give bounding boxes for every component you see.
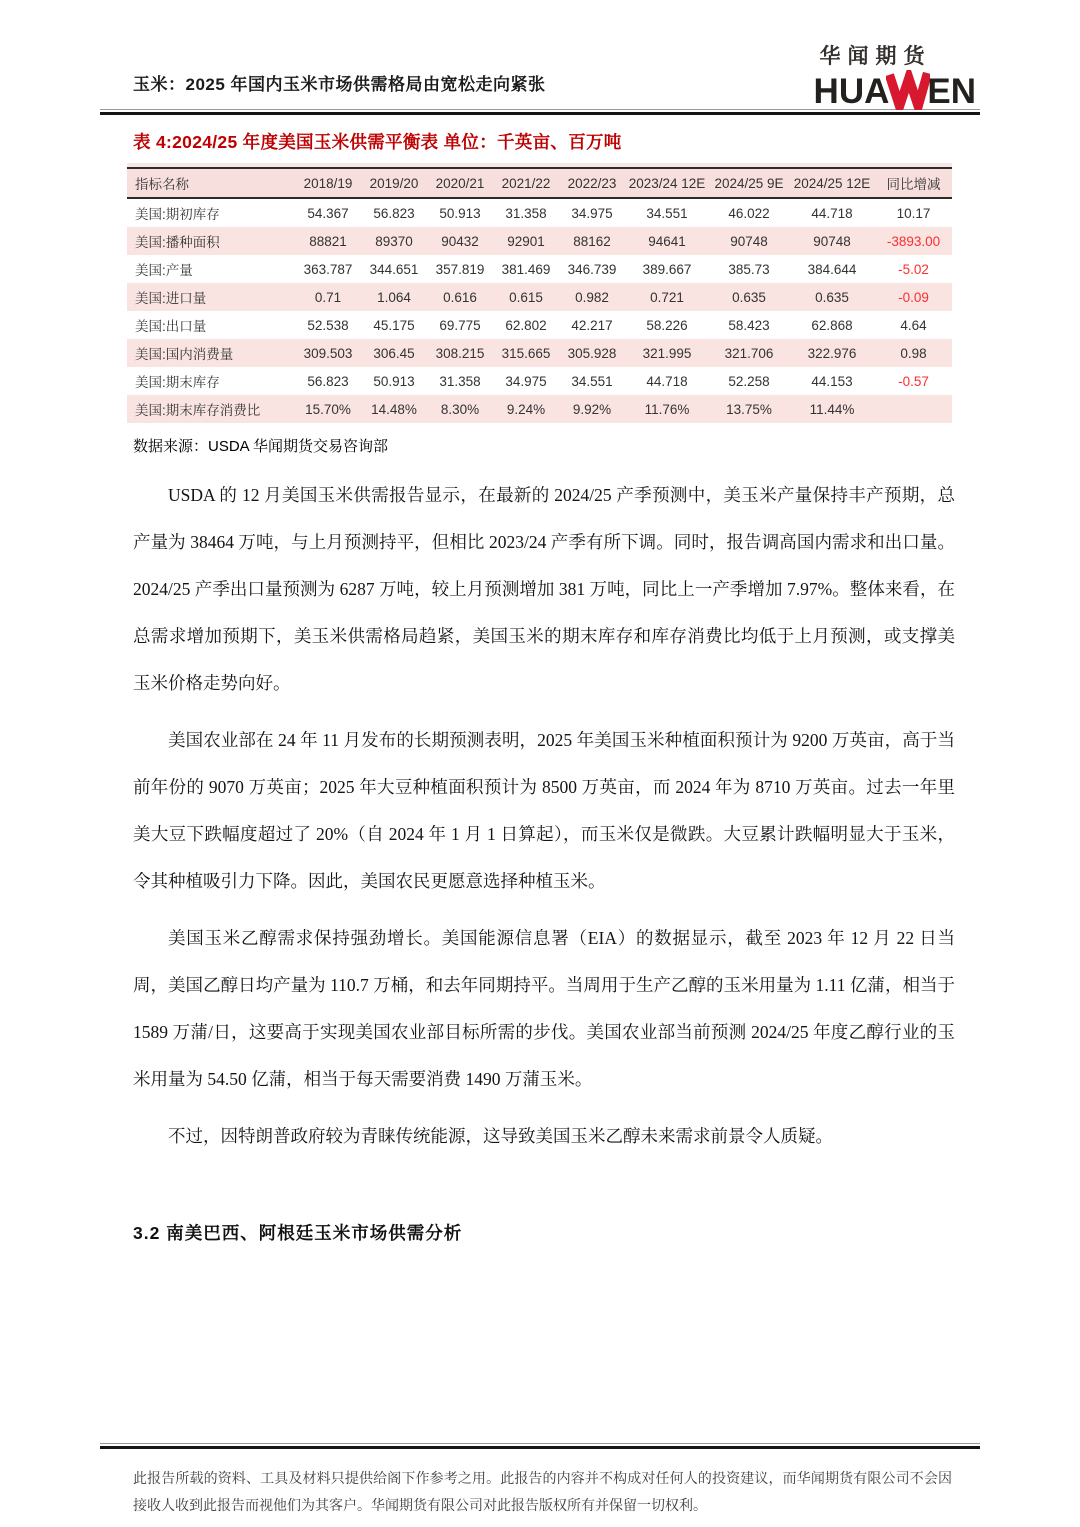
body-paragraph: 不过，因特朗普政府较为青睐传统能源，这导致美国玉米乙醇未来需求前景令人质疑。 xyxy=(133,1113,955,1160)
column-header: 2024/25 12E xyxy=(789,168,875,198)
body-text: USDA 的 12 月美国玉米供需报告显示，在最新的 2024/25 产季预测中… xyxy=(133,472,955,1160)
table-cell: 45.175 xyxy=(361,311,427,339)
body-paragraph: 美国农业部在 24 年 11 月发布的长期预测表明，2025 年美国玉米种植面积… xyxy=(133,717,955,905)
column-header: 2023/24 12E xyxy=(625,168,709,198)
table-cell: 92901 xyxy=(493,227,559,255)
table-cell: 88162 xyxy=(559,227,625,255)
row-label: 美国:国内消费量 xyxy=(127,339,295,367)
table-cell: 0.721 xyxy=(625,283,709,311)
table-row: 美国:期末库存消费比15.70%14.48%8.30%9.24%9.92%11.… xyxy=(127,395,952,423)
table-cell: 90748 xyxy=(709,227,789,255)
row-label: 美国:出口量 xyxy=(127,311,295,339)
column-header: 同比增减 xyxy=(875,168,952,198)
logo-en-prefix: HUA xyxy=(814,75,890,109)
table-cell: 305.928 xyxy=(559,339,625,367)
footer-rule xyxy=(100,1443,980,1449)
logo-chinese-text: 华闻期货 xyxy=(820,40,932,70)
table-row: 美国:期初库存54.36756.82350.91331.35834.97534.… xyxy=(127,198,952,227)
table-cell: 306.45 xyxy=(361,339,427,367)
column-header: 指标名称 xyxy=(127,168,295,198)
table-cell xyxy=(875,395,952,423)
table-row: 美国:播种面积888218937090432929018816294641907… xyxy=(127,227,952,255)
row-label: 美国:期初库存 xyxy=(127,198,295,227)
table-cell: 58.423 xyxy=(709,311,789,339)
table-cell: 52.258 xyxy=(709,367,789,395)
table-row: 美国:国内消费量309.503306.45308.215315.665305.9… xyxy=(127,339,952,367)
table-cell: -3893.00 xyxy=(875,227,952,255)
column-header: 2024/25 9E xyxy=(709,168,789,198)
column-header: 2018/19 xyxy=(295,168,361,198)
column-header: 2022/23 xyxy=(559,168,625,198)
table-cell: 94641 xyxy=(625,227,709,255)
table-cell: 321.995 xyxy=(625,339,709,367)
table-row: 美国:出口量52.53845.17569.77562.80242.21758.2… xyxy=(127,311,952,339)
table-cell: 0.71 xyxy=(295,283,361,311)
table-cell: 9.92% xyxy=(559,395,625,423)
table-cell: 44.718 xyxy=(789,198,875,227)
table-cell: 315.665 xyxy=(493,339,559,367)
table-cell: 309.503 xyxy=(295,339,361,367)
table-cell: 308.215 xyxy=(427,339,493,367)
body-paragraph: 美国玉米乙醇需求保持强劲增长。美国能源信息署（EIA）的数据显示，截至 2023… xyxy=(133,915,955,1103)
table-cell: 89370 xyxy=(361,227,427,255)
table-cell: 34.975 xyxy=(559,198,625,227)
table-cell: 44.718 xyxy=(625,367,709,395)
table-cell: 0.615 xyxy=(493,283,559,311)
table-cell: 31.358 xyxy=(493,198,559,227)
table-cell: 90748 xyxy=(789,227,875,255)
column-header: 2021/22 xyxy=(493,168,559,198)
table-cell: -0.57 xyxy=(875,367,952,395)
disclaimer-text: 此报告所载的资料、工具及材料只提供给阁下作参考之用。此报告的内容并不构成对任何人… xyxy=(100,1465,980,1519)
page-footer: 此报告所载的资料、工具及材料只提供给阁下作参考之用。此报告的内容并不构成对任何人… xyxy=(100,1443,980,1519)
column-header: 2019/20 xyxy=(361,168,427,198)
table-cell: 11.44% xyxy=(789,395,875,423)
table-row: 美国:产量363.787344.651357.819381.469346.739… xyxy=(127,255,952,283)
table-cell: 0.635 xyxy=(789,283,875,311)
table-cell: 88821 xyxy=(295,227,361,255)
table-cell: 321.706 xyxy=(709,339,789,367)
table-cell: 50.913 xyxy=(427,198,493,227)
row-label: 美国:期末库存 xyxy=(127,367,295,395)
table-cell: 4.64 xyxy=(875,311,952,339)
table-cell: 385.73 xyxy=(709,255,789,283)
table-cell: 34.551 xyxy=(625,198,709,227)
table-cell: 14.48% xyxy=(361,395,427,423)
table-cell: 10.17 xyxy=(875,198,952,227)
table-cell: 46.022 xyxy=(709,198,789,227)
table-cell: 0.616 xyxy=(427,283,493,311)
table-cell: 9.24% xyxy=(493,395,559,423)
table-cell: 0.982 xyxy=(559,283,625,311)
row-label: 美国:进口量 xyxy=(127,283,295,311)
logo-latin-text: HUA EN xyxy=(814,70,976,109)
logo-w-icon xyxy=(886,70,930,110)
table-cell: 8.30% xyxy=(427,395,493,423)
table-cell: 0.98 xyxy=(875,339,952,367)
table-cell: 90432 xyxy=(427,227,493,255)
table-cell: 363.787 xyxy=(295,255,361,283)
row-label: 美国:期末库存消费比 xyxy=(127,395,295,423)
table-cell: 13.75% xyxy=(709,395,789,423)
table-cell: 56.823 xyxy=(295,367,361,395)
table-cell: 44.153 xyxy=(789,367,875,395)
huawen-logo: 华闻期货 HUA EN xyxy=(814,40,980,109)
table-cell: 11.76% xyxy=(625,395,709,423)
table-cell: 381.469 xyxy=(493,255,559,283)
table-cell: 322.976 xyxy=(789,339,875,367)
section-heading: 3.2 南美巴西、阿根廷玉米市场供需分析 xyxy=(133,1220,980,1245)
logo-en-suffix: EN xyxy=(927,75,976,109)
report-title: 玉米：2025 年国内玉米市场供需格局由宽松走向紧张 xyxy=(100,70,546,109)
table-cell: 15.70% xyxy=(295,395,361,423)
table-cell: 62.868 xyxy=(789,311,875,339)
table-cell: 69.775 xyxy=(427,311,493,339)
table-cell: 34.975 xyxy=(493,367,559,395)
table-cell: 346.739 xyxy=(559,255,625,283)
table-header-row: 指标名称2018/192019/202020/212021/222022/232… xyxy=(127,168,952,198)
table-cell: 0.635 xyxy=(709,283,789,311)
table-cell: -0.09 xyxy=(875,283,952,311)
table-caption: 表 4:2024/25 年度美国玉米供需平衡表 单位：千英亩、百万吨 xyxy=(133,129,952,154)
data-source: 数据来源：USDA 华闻期货交易咨询部 xyxy=(133,435,952,456)
supply-demand-table: 指标名称2018/192019/202020/212021/222022/232… xyxy=(127,167,952,423)
body-paragraph: USDA 的 12 月美国玉米供需报告显示，在最新的 2024/25 产季预测中… xyxy=(133,472,955,707)
table-cell: 62.802 xyxy=(493,311,559,339)
column-header: 2020/21 xyxy=(427,168,493,198)
row-label: 美国:产量 xyxy=(127,255,295,283)
row-label: 美国:播种面积 xyxy=(127,227,295,255)
table-cell: 344.651 xyxy=(361,255,427,283)
report-page: 玉米：2025 年国内玉米市场供需格局由宽松走向紧张 华闻期货 HUA EN 表… xyxy=(0,0,1080,1527)
table-section: 表 4:2024/25 年度美国玉米供需平衡表 单位：千英亩、百万吨 指标名称2… xyxy=(127,129,952,456)
table-cell: 389.667 xyxy=(625,255,709,283)
table-cell: 31.358 xyxy=(427,367,493,395)
table-cell: 52.538 xyxy=(295,311,361,339)
table-cell: 56.823 xyxy=(361,198,427,227)
table-cell: 50.913 xyxy=(361,367,427,395)
table-row: 美国:进口量0.711.0640.6160.6150.9820.7210.635… xyxy=(127,283,952,311)
table-cell: 357.819 xyxy=(427,255,493,283)
table-cell: 42.217 xyxy=(559,311,625,339)
page-header: 玉米：2025 年国内玉米市场供需格局由宽松走向紧张 华闻期货 HUA EN xyxy=(100,0,980,109)
table-row: 美国:期末库存56.82350.91331.35834.97534.55144.… xyxy=(127,367,952,395)
table-cell: 54.367 xyxy=(295,198,361,227)
table-cell: 34.551 xyxy=(559,367,625,395)
table-cell: 1.064 xyxy=(361,283,427,311)
table-cell: 384.644 xyxy=(789,255,875,283)
table-cell: 58.226 xyxy=(625,311,709,339)
table-cell: -5.02 xyxy=(875,255,952,283)
